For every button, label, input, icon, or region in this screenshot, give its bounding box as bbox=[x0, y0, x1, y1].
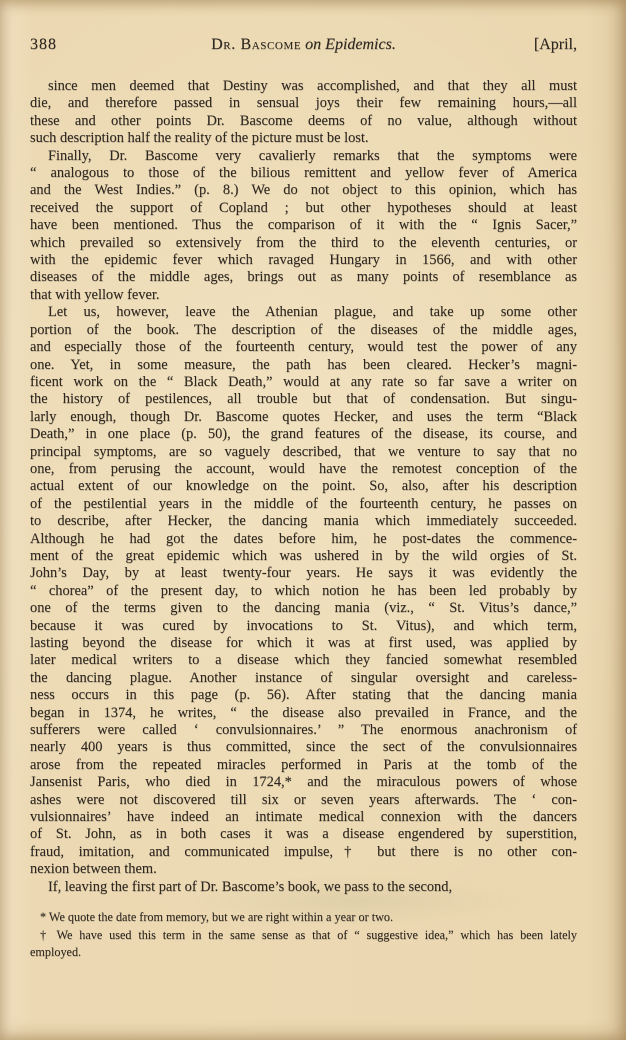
text-line: began in 1374, he writes, “ the disease … bbox=[30, 705, 577, 722]
footnotes: * We quote the date from memory, but we … bbox=[30, 909, 577, 962]
text-line: Let us, however, leave the Athenian plag… bbox=[30, 304, 577, 321]
text-line: and the West Indies.” (p. 8.) We do not … bbox=[30, 182, 577, 199]
text-line: these and other points Dr. Bascome deems… bbox=[30, 113, 577, 130]
text-line: one. Yet, in some measure, the path has … bbox=[30, 357, 577, 374]
page-number: 388 bbox=[30, 36, 100, 54]
text-line: the dancing plague. Another instance of … bbox=[30, 670, 577, 687]
footnote-line: * We quote the date from memory, but we … bbox=[30, 909, 577, 927]
text-line: one, from perusing the account, would ha… bbox=[30, 461, 577, 478]
running-title-work: on Epidemics. bbox=[305, 36, 396, 53]
text-line: nearly 400 years is thus committed, sinc… bbox=[30, 739, 577, 756]
text-line: the history of pestilences, all trouble … bbox=[30, 391, 577, 408]
text-line: that with yellow fever. bbox=[30, 287, 577, 304]
text-line: received the support of Copland ; but ot… bbox=[30, 200, 577, 217]
text-line: die, and therefore passed in sensual joy… bbox=[30, 95, 577, 112]
text-line: portion of the book. The description of … bbox=[30, 322, 577, 339]
paragraph-finally: Finally, Dr. Bascome very cavalierly rem… bbox=[30, 148, 577, 305]
text-line: actual extent of our knowledge on the po… bbox=[30, 478, 577, 495]
text-line: of the pestilential years in the middle … bbox=[30, 496, 577, 513]
issue-date: [April, bbox=[507, 36, 577, 54]
paragraph-continuation: since men deemed that Destiny was accomp… bbox=[30, 78, 577, 148]
running-title: Dr. Bascome on Epidemics. bbox=[100, 36, 507, 54]
text-line: Finally, Dr. Bascome very cavalierly rem… bbox=[30, 148, 577, 165]
text-line: ashes were not discovered till six or se… bbox=[30, 792, 577, 809]
text-line: John’s Day, by at least twenty-four year… bbox=[30, 565, 577, 582]
paragraph-let-us: Let us, however, leave the Athenian plag… bbox=[30, 304, 577, 878]
text-line: and especially those of the fourteenth c… bbox=[30, 339, 577, 356]
running-header: 388 Dr. Bascome on Epidemics. [April, bbox=[30, 36, 577, 54]
text-line: “ analogous to those of the bilious remi… bbox=[30, 165, 577, 182]
text-line: If, leaving the first part of Dr. Bascom… bbox=[30, 879, 577, 896]
text-line: such description half the reality of the… bbox=[30, 130, 577, 147]
text-line: diseases of the middle ages, brings out … bbox=[30, 269, 577, 286]
text-line: to describe, after Hecker, the dancing m… bbox=[30, 513, 577, 530]
text-line: lasting beyond the disease for which it … bbox=[30, 635, 577, 652]
text-line: because it was cured by invocations to S… bbox=[30, 618, 577, 635]
footnote-line: employed. bbox=[30, 944, 577, 962]
text-line: nexion between them. bbox=[30, 861, 577, 878]
text-line: larly enough, though Dr. Bascome quotes … bbox=[30, 409, 577, 426]
paragraph-if-leaving: If, leaving the first part of Dr. Bascom… bbox=[30, 879, 577, 896]
text-line: have been mentioned. Thus the comparison… bbox=[30, 217, 577, 234]
text-line: fraud, imitation, and communicated impul… bbox=[30, 844, 577, 861]
scanned-book-page: 388 Dr. Bascome on Epidemics. [April, si… bbox=[0, 0, 626, 1040]
footnote-line: † We have used this term in the same sen… bbox=[30, 927, 577, 945]
page-body: since men deemed that Destiny was accomp… bbox=[30, 78, 577, 896]
text-line: Although he had got the dates before him… bbox=[30, 531, 577, 548]
text-line: of St. John, as in both cases it was a d… bbox=[30, 826, 577, 843]
footnote-dagger: † We have used this term in the same sen… bbox=[30, 927, 577, 962]
text-line: which prevailed so extensively from the … bbox=[30, 235, 577, 252]
text-line: Death,” in one place (p. 50), the grand … bbox=[30, 426, 577, 443]
text-line: later medical writers to a disease which… bbox=[30, 652, 577, 669]
text-line: principal symptoms, are so vaguely descr… bbox=[30, 444, 577, 461]
footnote-asterisk: * We quote the date from memory, but we … bbox=[30, 909, 577, 927]
text-line: arose from the repeated miracles perform… bbox=[30, 757, 577, 774]
text-line: with the epidemic fever which ravaged Hu… bbox=[30, 252, 577, 269]
text-line: ment of the great epidemic which was ush… bbox=[30, 548, 577, 565]
page-content: 388 Dr. Bascome on Epidemics. [April, si… bbox=[30, 36, 577, 962]
text-line: “ chorea” of the present day, to which n… bbox=[30, 583, 577, 600]
running-title-author: Dr. Bascome bbox=[211, 36, 301, 53]
text-line: Jansenist Paris, who died in 1724,* and … bbox=[30, 774, 577, 791]
text-line: sufferers were called ‘ convulsionnaires… bbox=[30, 722, 577, 739]
text-line: ness occurs in this page (p. 56). After … bbox=[30, 687, 577, 704]
text-line: since men deemed that Destiny was accomp… bbox=[30, 78, 577, 95]
text-line: vulsionnaires’ have indeed an intimate m… bbox=[30, 809, 577, 826]
text-line: ficent work on the “ Black Death,” would… bbox=[30, 374, 577, 391]
text-line: one of the terms given to the dancing ma… bbox=[30, 600, 577, 617]
